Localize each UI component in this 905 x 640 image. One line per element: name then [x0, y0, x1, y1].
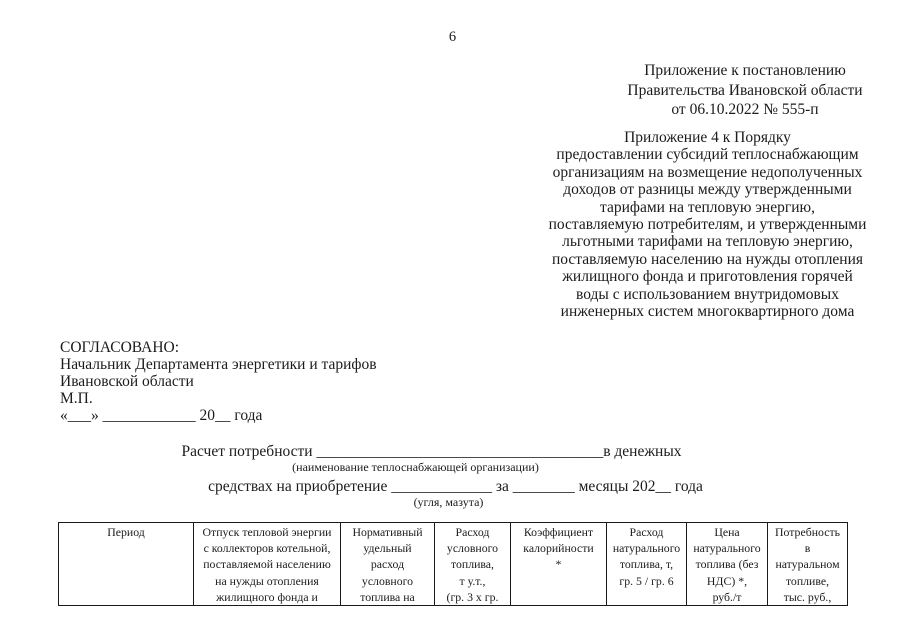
approval-seal-line: М.П.: [60, 391, 377, 408]
col-header-calorific-coefficient: Коэффициент калорийности *: [511, 523, 607, 606]
approval-date-line: «___» ____________ 20__ года: [60, 408, 377, 425]
page-number: 6: [0, 29, 905, 46]
resolution-line: Правительства Ивановской области: [585, 81, 905, 101]
col-header-natural-fuel-need: Потребность в натуральном топливе, тыс. …: [768, 523, 848, 606]
approval-heading: СОГЛАСОВАНО:: [60, 340, 377, 357]
approval-position-line: Начальник Департамента энергетики и тари…: [60, 357, 377, 374]
document-page: 6 Приложение к постановлению Правительст…: [0, 0, 905, 640]
col-header-specific-fuel-rate: Нормативный удельный расход условного то…: [341, 523, 435, 606]
appendix-line: воды с использованием внутридомовых: [535, 286, 880, 303]
fuel-calculation-table: Период Отпуск тепловой энергии с коллект…: [58, 522, 848, 606]
calculation-title-block: Расчет потребности _____________________…: [60, 443, 847, 512]
appendix-line: инженерных систем многоквартирного дома: [535, 303, 880, 320]
appendix-line: доходов от разницы между утвержденными: [535, 181, 880, 198]
appendix-line: предоставлении субсидий теплоснабжающим: [535, 146, 880, 163]
appendix-line: Приложение 4 к Порядку: [535, 129, 880, 146]
fuel-type-caption: (угля, мазута): [55, 496, 842, 512]
appendix-line: льготными тарифами на тепловую энергию,: [535, 233, 880, 250]
col-header-natural-fuel-price: Цена натурального топлива (без НДС) *, р…: [687, 523, 768, 606]
appendix-reference: Приложение 4 к Порядку предоставлении су…: [535, 129, 880, 320]
col-header-standard-fuel-consumption: Расход условного топлива, т у.т., (гр. 3…: [435, 523, 511, 606]
appendix-line: поставляемую населению на нужды отоплени…: [535, 251, 880, 268]
appendix-line: поставляемую потребителям, и утвержденны…: [535, 216, 880, 233]
appendix-line: жилищного фонда и приготовления горячей: [535, 268, 880, 285]
resolution-reference: Приложение к постановлению Правительства…: [585, 61, 905, 120]
org-name-caption: (наименование теплоснабжающей организаци…: [22, 461, 809, 477]
col-header-period: Период: [59, 523, 194, 606]
col-header-heat-output: Отпуск тепловой энергии с коллекторов ко…: [194, 523, 341, 606]
col-header-natural-fuel-consumption: Расход натурального топлива, т, гр. 5 / …: [607, 523, 687, 606]
resolution-line: Приложение к постановлению: [585, 61, 905, 81]
appendix-line: организациям на возмещение недополученны…: [535, 164, 880, 181]
resolution-line: от 06.10.2022 № 555-п: [585, 100, 905, 120]
appendix-line: тарифами на тепловую энергию,: [535, 199, 880, 216]
approval-block: СОГЛАСОВАНО: Начальник Департамента энер…: [60, 340, 377, 425]
calc-title-line-1: Расчет потребности _____________________…: [38, 443, 825, 461]
calc-title-line-2: средствах на приобретение _____________ …: [62, 477, 849, 496]
approval-region-line: Ивановской области: [60, 374, 377, 391]
table-header-row: Период Отпуск тепловой энергии с коллект…: [59, 523, 848, 606]
